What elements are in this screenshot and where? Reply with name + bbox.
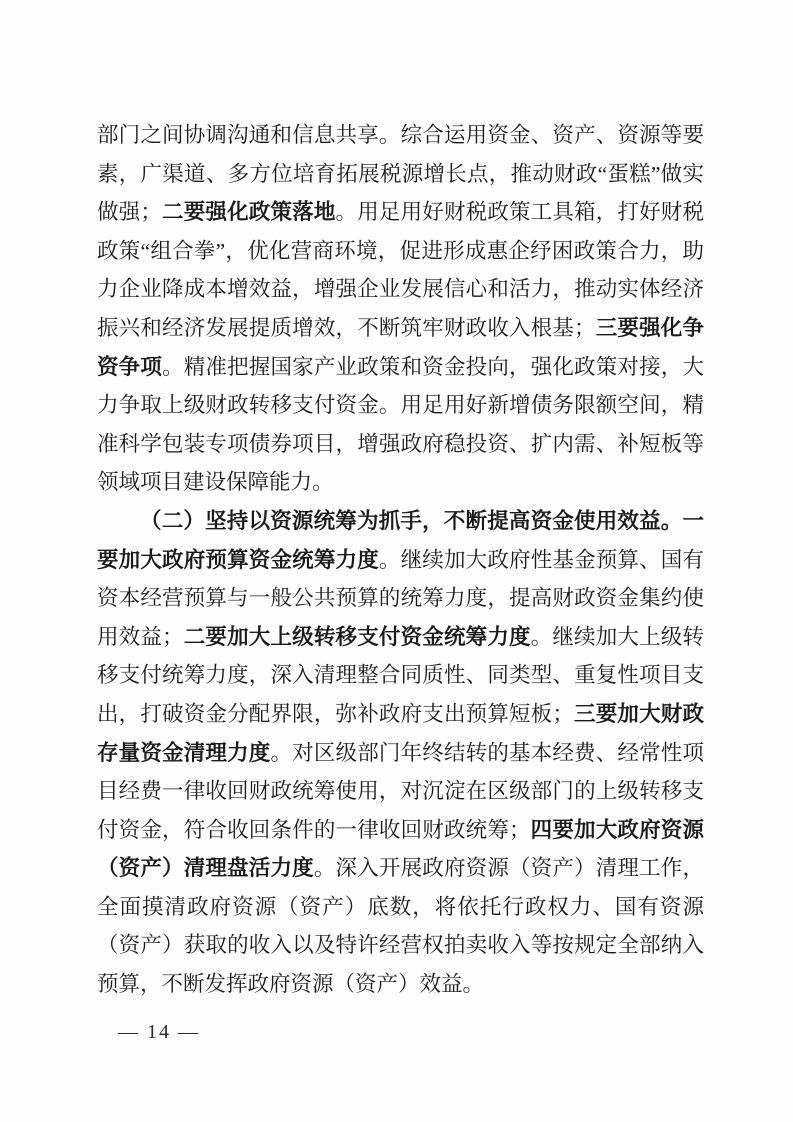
paragraph: （二）坚持以资源统筹为抓手，不断提高资金使用效益。一要加大政府预算资金统筹力度。…	[97, 502, 704, 1004]
bold-text-run: 二要强化政策落地	[162, 200, 336, 224]
document-page: 部门之间协调沟通和信息共享。综合运用资金、资产、资源等要素，广渠道、多方位培育拓…	[0, 0, 793, 1122]
bold-text-run: 二要加大上级转移支付资金统筹力度	[184, 625, 531, 649]
document-body: 部门之间协调沟通和信息共享。综合运用资金、资产、资源等要素，广渠道、多方位培育拓…	[97, 116, 704, 1004]
text-run: 。精准把握国家产业政策和资金投向，强化政策对接，大力争取上级财政转移支付资金。用…	[97, 355, 704, 495]
page-number: — 14 —	[118, 1017, 200, 1047]
paragraph: 部门之间协调沟通和信息共享。综合运用资金、资产、资源等要素，广渠道、多方位培育拓…	[97, 116, 704, 502]
